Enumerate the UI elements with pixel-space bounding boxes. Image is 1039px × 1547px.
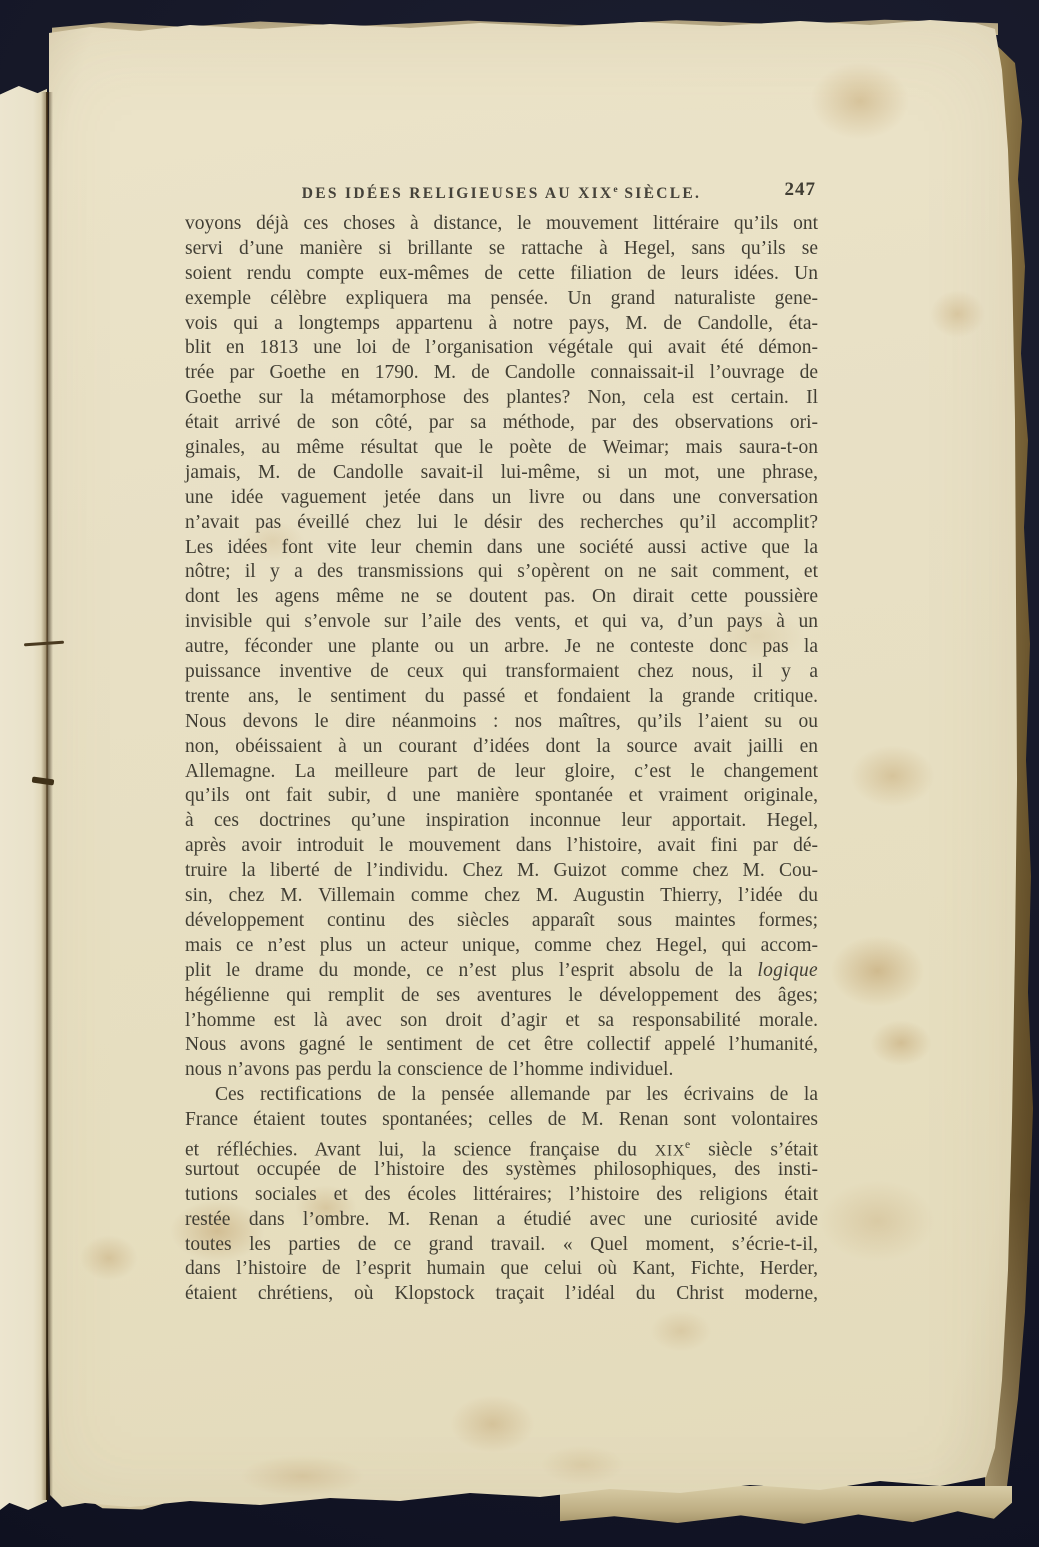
text-line: France étaient toutes spontanées; celles…: [185, 1108, 818, 1133]
running-title: DES IDÉES RELIGIEUSES AU XIXe SIÈCLE.: [185, 177, 818, 207]
text-line: trente ans, le sentiment du passé et fon…: [185, 685, 818, 710]
text-line: après avoir introduit le mouvement dans …: [185, 834, 818, 859]
text-line: autre, féconder une plante ou un arbre. …: [185, 635, 818, 660]
text-line: mais ce n’est plus un acteur unique, com…: [185, 934, 818, 959]
binding-crease-line: [46, 92, 48, 1500]
text-line: non, obéissaient à un courant d’idées do…: [185, 735, 818, 760]
text-line: restée dans l’ombre. M. Renan a étudié a…: [185, 1208, 818, 1233]
text-line: dans l’histoire de l’esprit humain que c…: [185, 1257, 818, 1282]
text-line: servi d’une manière si brillante se ratt…: [185, 237, 818, 262]
page-number: 247: [785, 177, 817, 203]
scanned-book-page: DES IDÉES RELIGIEUSES AU XIXe SIÈCLE. 24…: [0, 0, 1039, 1547]
text-line: trée par Goethe en 1790. M. de Candolle …: [185, 361, 818, 386]
text-line: blit en 1813 une loi de l’organisation v…: [185, 336, 818, 361]
text-line: qu’ils ont fait subir, d une manière spo…: [185, 784, 818, 809]
text-line: invisible qui s’envole sur l’aile des ve…: [185, 610, 818, 635]
text-line: Goethe sur la métamorphose des plantes? …: [185, 386, 818, 411]
text-line: vois qui a longtemps appartenu à notre p…: [185, 312, 818, 337]
text-line: était arrivé de son côté, par sa méthode…: [185, 411, 818, 436]
text-line: soient rendu compte eux-mêmes de cette f…: [185, 262, 818, 287]
text-line: puissance inventive de ceux qui transfor…: [185, 660, 818, 685]
text-line: truire la liberté de l’individu. Chez M.…: [185, 859, 818, 884]
text-line: nôtre; il y a des transmissions qui s’op…: [185, 560, 818, 585]
text-line: Allemagne. La meilleure part de leur glo…: [185, 760, 818, 785]
text-line: et réfléchies. Avant lui, la science fra…: [185, 1133, 818, 1158]
text-line: hégélienne qui remplit de ses aventures …: [185, 984, 818, 1009]
text-line: Ces rectifications de la pensée allemand…: [185, 1083, 818, 1108]
body-text: voyons déjà ces choses à distance, le mo…: [185, 212, 818, 1307]
text-line: n’avait pas éveillé chez lui le désir de…: [185, 511, 818, 536]
text-line: à ces doctrines qu’une inspiration incon…: [185, 809, 818, 834]
page-header: DES IDÉES RELIGIEUSES AU XIXe SIÈCLE. 24…: [185, 177, 818, 203]
text-line: tutions sociales et des écoles littérair…: [185, 1183, 818, 1208]
text-line: étaient chrétiens, où Klopstock traçait …: [185, 1282, 818, 1307]
text-line: l’homme est là avec son droit d’agir et …: [185, 1009, 818, 1034]
text-line: une idée vaguement jetée dans un livre o…: [185, 486, 818, 511]
text-line: développement continu des siècles appara…: [185, 909, 818, 934]
text-line: surtout occupée de l’histoire des systèm…: [185, 1158, 818, 1183]
text-line: voyons déjà ces choses à distance, le mo…: [185, 212, 818, 237]
text-line: plit le drame du monde, ce n’est plus l’…: [185, 959, 818, 984]
text-line: exemple célèbre expliquera ma pensée. Un…: [185, 287, 818, 312]
text-line: nous n’avons pas perdu la conscience de …: [185, 1058, 818, 1083]
text-line: Les idées font vite leur chemin dans une…: [185, 536, 818, 561]
text-line: Nous devons le dire néanmoins : nos maît…: [185, 710, 818, 735]
text-line: toutes les parties de ce grand travail. …: [185, 1233, 818, 1258]
text-line: Nous avons gagné le sentiment de cet êtr…: [185, 1033, 818, 1058]
text-line: dont les agens même ne se doutent pas. O…: [185, 585, 818, 610]
text-line: ginales, au même résultat que le poète d…: [185, 436, 818, 461]
text-line: sin, chez M. Villemain comme chez M. Aug…: [185, 884, 818, 909]
text-line: jamais, M. de Candolle savait-il lui-mêm…: [185, 461, 818, 486]
facing-page-edge: [0, 86, 47, 1510]
